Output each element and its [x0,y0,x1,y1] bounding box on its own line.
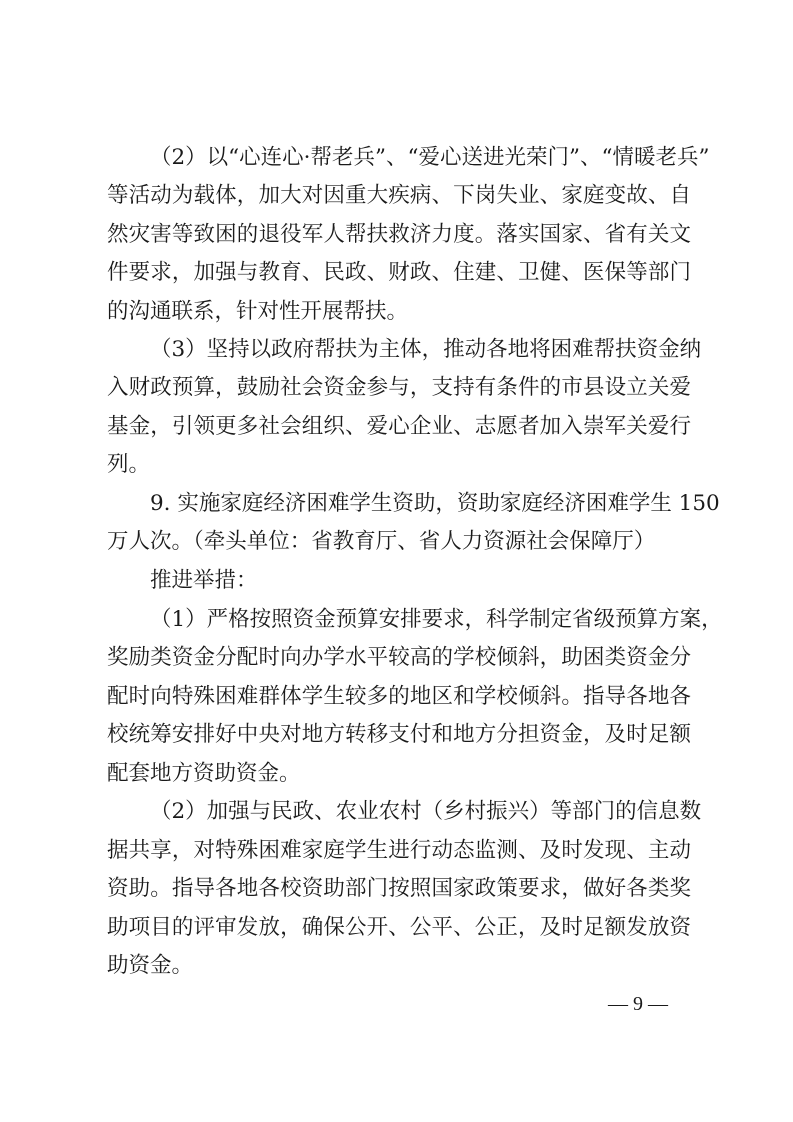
paragraph-line: 的沟通联系，针对性开展帮扶。 [107,296,691,328]
paragraph-line: 件要求，加强与教育、民政、财政、住建、卫健、医保等部门 [107,257,691,289]
item-heading-line: 万人次。（牵头单位：省教育厅、省人力资源社会保障厅） [107,526,691,558]
paragraph-line: 配套地方资助资金。 [107,758,691,790]
page-number: — 9 — [608,990,668,1018]
paragraph-line: 资助。指导各地各校资助部门按照国家政策要求，做好各类奖 [107,873,691,905]
paragraph-line: 列。 [107,449,691,481]
paragraph-line: 等活动为载体，加大对因重大疾病、下岗失业、家庭变故、自 [107,180,691,212]
paragraph-line: 然灾害等致困的退役军人帮扶救济力度。落实国家、省有关文 [107,219,691,251]
paragraph-line: 据共享，对特殊困难家庭学生进行动态监测、及时发现、主动 [107,835,691,867]
paragraph-line: 基金，引领更多社会组织、爱心企业、志愿者加入崇军关爱行 [107,411,691,443]
paragraph-line: （2）以“心连心·帮老兵”、“爱心送进光荣门”、“情暖老兵” [150,142,691,174]
item-heading-line: 9. 实施家庭经济困难学生资助，资助家庭经济困难学生 150 [150,488,691,520]
paragraph-line: （1）严格按照资金预算安排要求，科学制定省级预算方案， [150,604,691,636]
paragraph-line: 校统筹安排好中央对地方转移支付和地方分担资金，及时足额 [107,719,691,751]
paragraph-line: （3）坚持以政府帮扶为主体，推动各地将困难帮扶资金纳 [150,334,691,366]
document-page: （2）以“心连心·帮老兵”、“爱心送进光荣门”、“情暖老兵” 等活动为载体，加大… [0,0,793,1122]
paragraph-line: 配时向特殊困难群体学生较多的地区和学校倾斜。指导各地各 [107,681,691,713]
measures-label: 推进举措： [150,565,691,597]
paragraph-line: （2）加强与民政、农业农村（乡村振兴）等部门的信息数 [150,796,691,828]
paragraph-line: 助项目的评审发放，确保公开、公平、公正，及时足额发放资 [107,912,691,944]
paragraph-line: 助资金。 [107,950,691,982]
paragraph-line: 入财政预算，鼓励社会资金参与，支持有条件的市县设立关爱 [107,372,691,404]
paragraph-line: 奖励类资金分配时向办学水平较高的学校倾斜，助困类资金分 [107,642,691,674]
